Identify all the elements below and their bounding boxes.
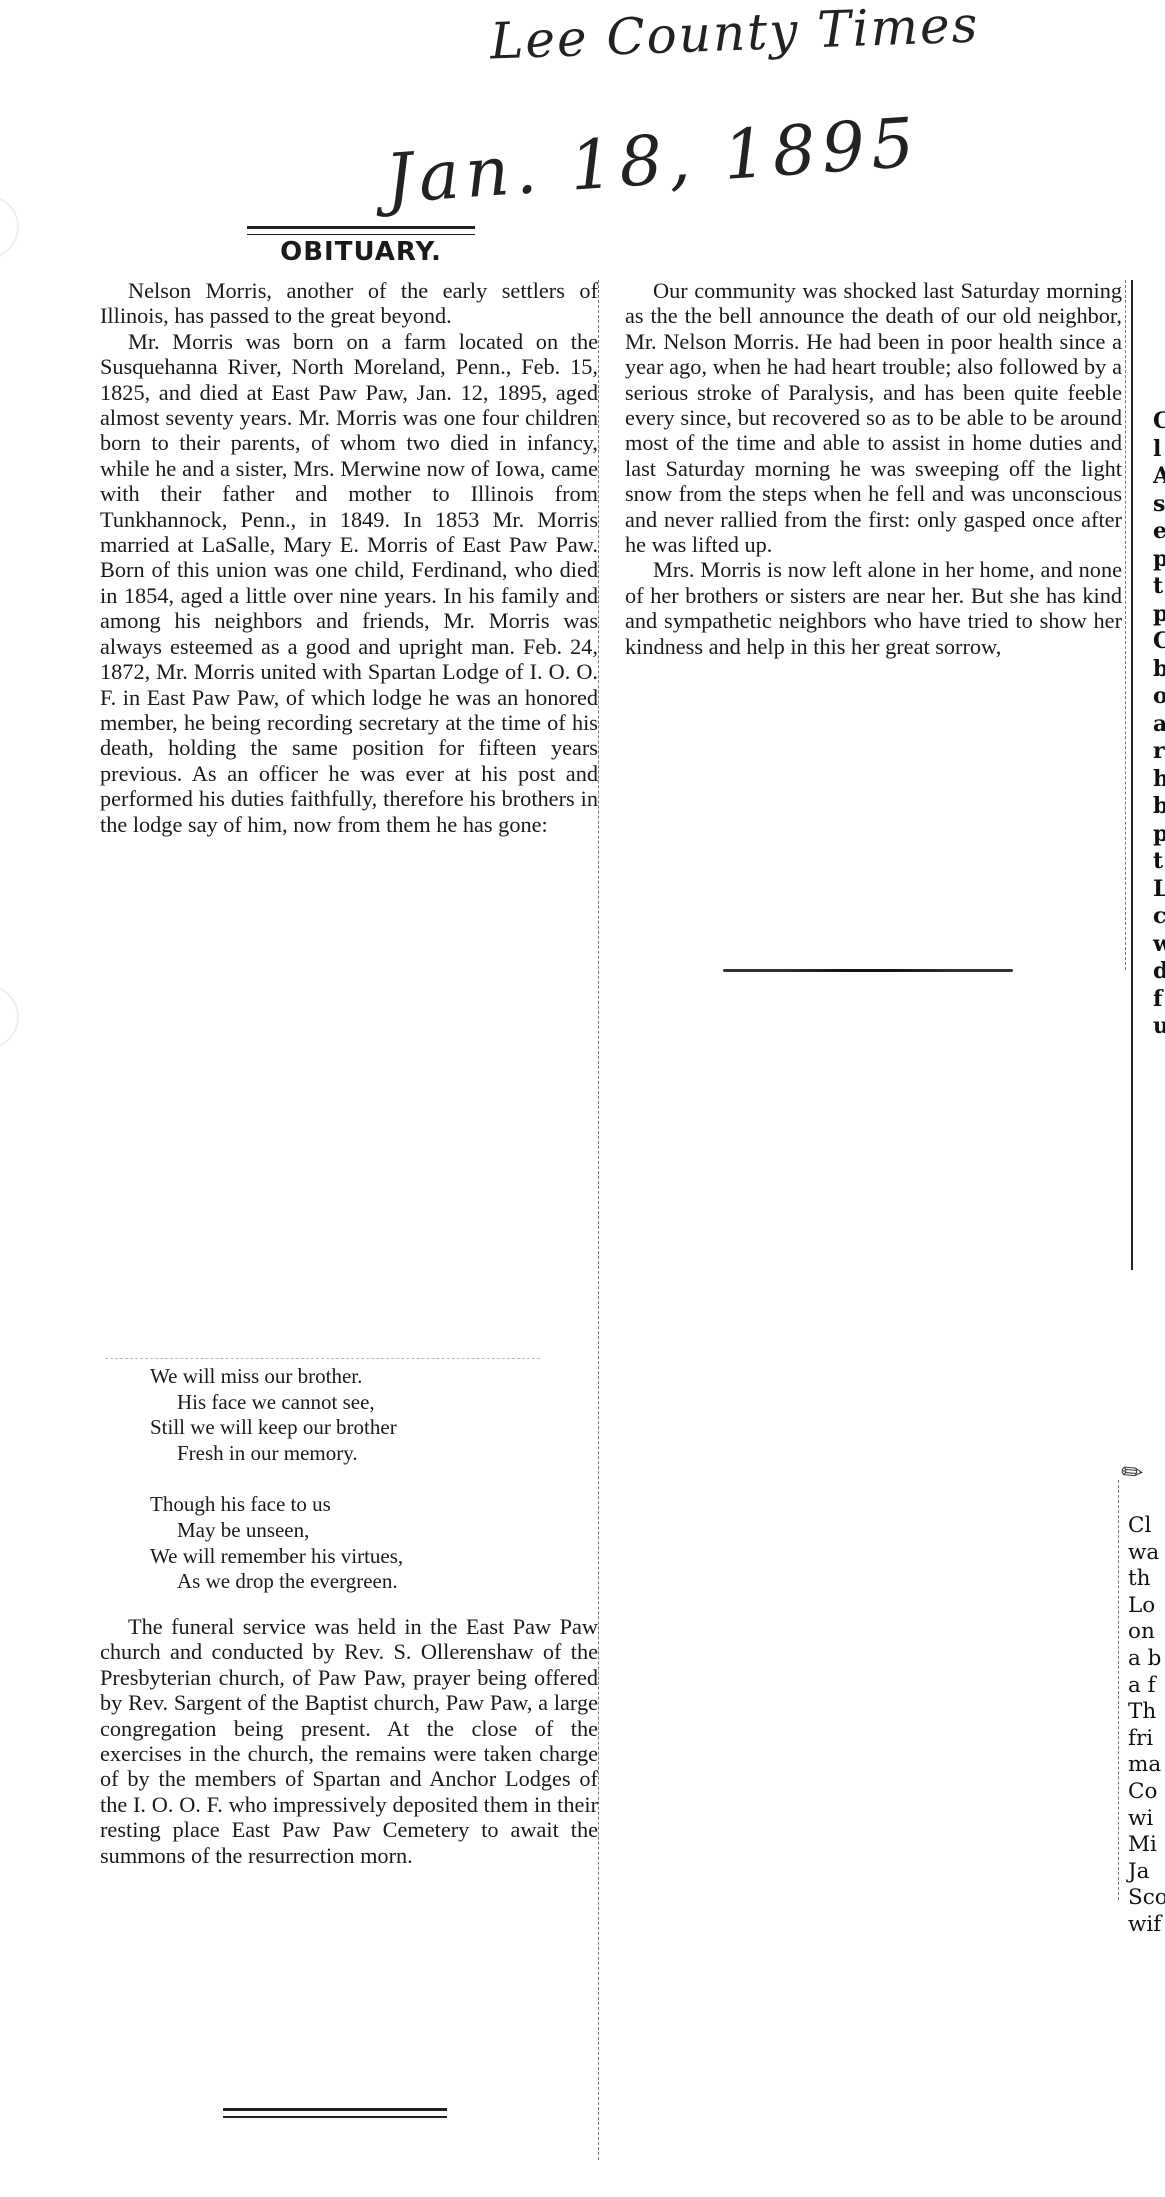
column-divider <box>598 280 599 2160</box>
memorial-poem: We will miss our brother. His face we ca… <box>150 1364 403 1621</box>
poem-line: Though his face to us <box>150 1492 403 1518</box>
title-rule <box>247 226 475 235</box>
notice-paragraph: Our community was shocked last Saturday … <box>625 278 1122 557</box>
funeral-paragraph: The funeral service was held in the East… <box>100 1614 598 1868</box>
end-rule <box>223 2108 447 2118</box>
poem-line: As we drop the evergreen. <box>150 1569 403 1595</box>
column-border <box>1118 1480 1119 1900</box>
scan-hole-mark <box>0 195 19 259</box>
poem-line: Still we will keep our brother <box>150 1415 403 1441</box>
obituary-paragraph: Mr. Morris was born on a farm located on… <box>100 329 598 837</box>
poem-line: Fresh in our memory. <box>150 1441 403 1467</box>
funeral-column: The funeral service was held in the East… <box>100 1614 598 1868</box>
obituary-title: OBITUARY. <box>247 237 475 267</box>
scan-hole-mark <box>0 985 19 1049</box>
poem-stanza: We will miss our brother. His face we ca… <box>150 1364 403 1466</box>
adjacent-column-fragment-upper: C l A s e p t p C b o a r h b p t L c w … <box>1153 408 1165 1041</box>
poem-divider <box>105 1358 540 1359</box>
poem-line: We will remember his virtues, <box>150 1544 403 1570</box>
notice-paragraph: Mrs. Morris is now left alone in her hom… <box>625 557 1122 659</box>
obituary-paragraph: Nelson Morris, another of the early sett… <box>100 278 598 329</box>
poem-stanza: Though his face to us May be unseen, We … <box>150 1492 403 1594</box>
adjacent-column-fragment-lower: Cl wa th Lo on a b a f Th fri ma Co wi M… <box>1128 1513 1165 1939</box>
poem-line: May be unseen, <box>150 1518 403 1544</box>
notice-end-rule <box>723 969 1013 972</box>
community-notice-column: Our community was shocked last Saturday … <box>625 278 1122 659</box>
obituary-column: Nelson Morris, another of the early sett… <box>100 278 598 837</box>
poem-line: We will miss our brother. <box>150 1364 403 1390</box>
handwritten-newspaper-name: Lee County Times <box>489 0 980 71</box>
column-border <box>1131 280 1133 1270</box>
column-divider <box>1125 280 1126 970</box>
handwritten-date: Jan. 18, 1895 <box>383 103 923 219</box>
poem-line: His face we cannot see, <box>150 1390 403 1416</box>
pen-mark-icon: ✎ <box>1115 1455 1151 1492</box>
